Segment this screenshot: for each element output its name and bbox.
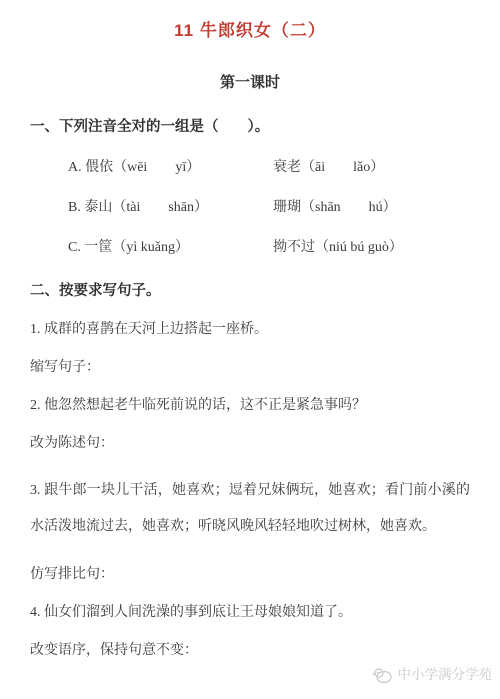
option-c-word-1: C. 一筐（yì kuǎng） [68, 239, 273, 256]
exercise-sentence-3: 3. 跟牛郎一块儿干活，她喜欢；逗着兄妹俩玩，她喜欢；看门前小溪的水活泼地流过去… [30, 473, 470, 545]
section-1-heading: 一、下列注音全对的一组是（ ）。 [30, 118, 470, 136]
option-row-b: B. 泰山（tài shān） 珊瑚（shān hú） [68, 199, 470, 216]
lesson-subtitle: 第一课时 [0, 74, 500, 92]
exercise-sentence-4: 4. 仙女们溜到人间洗澡的事到底让王母娘娘知道了。 [30, 604, 470, 621]
option-row-a: A. 偎依（wēi yī） 衰老（āi lǎo） [68, 159, 470, 176]
watermark: 中小学满分学苑 [372, 665, 493, 685]
exercise-prompt-4: 改变语序，保持句意不变： [30, 642, 470, 659]
option-a-word-2: 衰老（āi lǎo） [273, 159, 470, 176]
option-row-c: C. 一筐（yì kuǎng） 拗不过（niú bú guò） [68, 239, 470, 256]
exercise-sentence-1: 1. 成群的喜鹊在天河上边搭起一座桥。 [30, 321, 470, 338]
section-2-heading: 二、按要求写句子。 [30, 282, 470, 300]
exercise-prompt-3: 仿写排比句： [30, 566, 470, 583]
worksheet-page: 11 牛郎织女（二） 第一课时 一、下列注音全对的一组是（ ）。 A. 偎依（w… [0, 0, 500, 699]
exercise-prompt-1: 缩写句子： [30, 359, 470, 376]
exercise-prompt-2: 改为陈述句： [30, 435, 470, 452]
option-b-word-2: 珊瑚（shān hú） [273, 199, 470, 216]
page-title: 11 牛郎织女（二） [0, 0, 500, 42]
chick-logo-icon [372, 666, 394, 684]
watermark-text: 中小学满分学苑 [398, 665, 493, 685]
option-a-word-1: A. 偎依（wēi yī） [68, 159, 273, 176]
worksheet-content: 一、下列注音全对的一组是（ ）。 A. 偎依（wēi yī） 衰老（āi lǎo… [30, 118, 470, 659]
option-b-word-1: B. 泰山（tài shān） [68, 199, 273, 216]
exercise-sentence-2: 2. 他忽然想起老牛临死前说的话，这不正是紧急事吗？ [30, 397, 470, 414]
option-c-word-2: 拗不过（niú bú guò） [273, 239, 470, 256]
